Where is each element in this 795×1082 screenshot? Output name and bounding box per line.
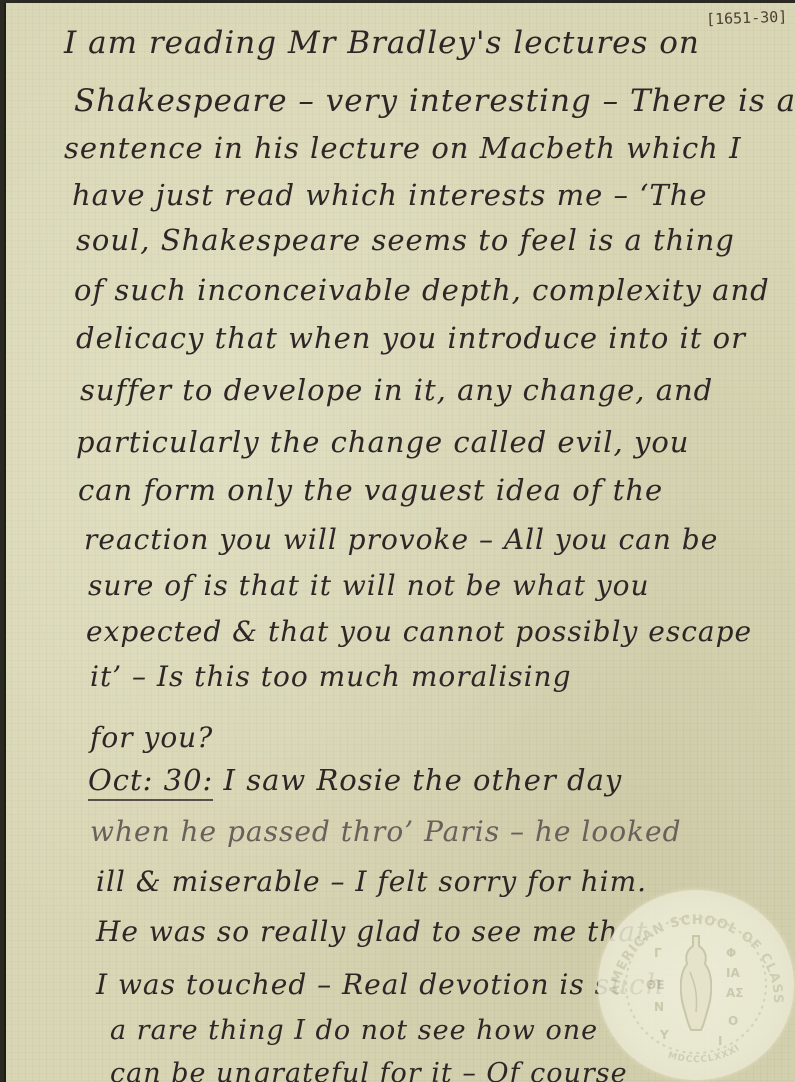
seal-letter: ΘΕ bbox=[646, 978, 664, 992]
letter-page: [1651-30] I am reading Mr Bradley's lect… bbox=[4, 3, 795, 1082]
seal-letter: ΙΑ bbox=[726, 966, 740, 980]
seal-letter: Φ bbox=[726, 946, 736, 960]
letter-line: a rare thing I do not see how one bbox=[110, 1015, 598, 1046]
letter-line: ill & miserable – I felt sorry for him. bbox=[96, 865, 647, 898]
seal-letter: ΑΣ bbox=[726, 986, 743, 1000]
letter-line: reaction you will provoke – All you can … bbox=[84, 523, 718, 556]
seal-letter: Ν bbox=[654, 1000, 664, 1014]
entry-text: I saw Rosie the other day bbox=[213, 763, 622, 797]
letter-line: when he passed thro’ Paris – he looked bbox=[90, 815, 682, 848]
letter-line: particularly the change called evil, you bbox=[76, 425, 690, 459]
letter-line: it’ – Is this too much moralising bbox=[90, 660, 572, 693]
entry-date: Oct: 30: bbox=[88, 763, 213, 801]
letter-line: of such inconceivable depth, complexity … bbox=[74, 273, 770, 307]
letter-line: I am reading Mr Bradley's lectures on bbox=[64, 25, 700, 61]
seal-letter: Υ bbox=[660, 1028, 669, 1042]
letter-line: I was touched – Real devotion is such bbox=[96, 968, 665, 1001]
letter-line: soul, Shakespeare seems to feel is a thi… bbox=[76, 223, 735, 257]
svg-text:MDCCCLXXXI: MDCCCLXXXI bbox=[667, 1043, 743, 1065]
seal-letter: Ο bbox=[728, 1014, 738, 1028]
archive-reference-number: [1651-30] bbox=[705, 8, 787, 29]
letter-line: He was so really glad to see me that bbox=[96, 915, 648, 948]
embossed-seal: AMERICAN SCHOOL OF CLASSICAL STUDIES AT … bbox=[598, 890, 794, 1080]
letter-line: have just read which interests me – ‘The bbox=[72, 178, 708, 212]
letter-line: Shakespeare – very interesting – There i… bbox=[74, 83, 795, 119]
letter-line: delicacy that when you introduce into it… bbox=[76, 321, 746, 355]
letter-line-dated: Oct: 30: I saw Rosie the other day bbox=[88, 763, 622, 797]
letter-line: expected & that you cannot possibly esca… bbox=[86, 615, 752, 648]
amphora-icon bbox=[680, 932, 712, 1042]
letter-line: sure of is that it will not be what you bbox=[88, 569, 650, 602]
seal-letter: Ι bbox=[718, 1034, 722, 1048]
letter-line: can form only the vaguest idea of the bbox=[78, 473, 663, 507]
letter-line: for you? bbox=[90, 721, 213, 754]
seal-letter: Γ bbox=[654, 946, 662, 960]
letter-line: can be ungrateful for it – Of course bbox=[110, 1058, 628, 1082]
letter-line: sentence in his lecture on Macbeth which… bbox=[64, 131, 742, 165]
letter-line: suffer to develope in it, any change, an… bbox=[80, 373, 713, 407]
